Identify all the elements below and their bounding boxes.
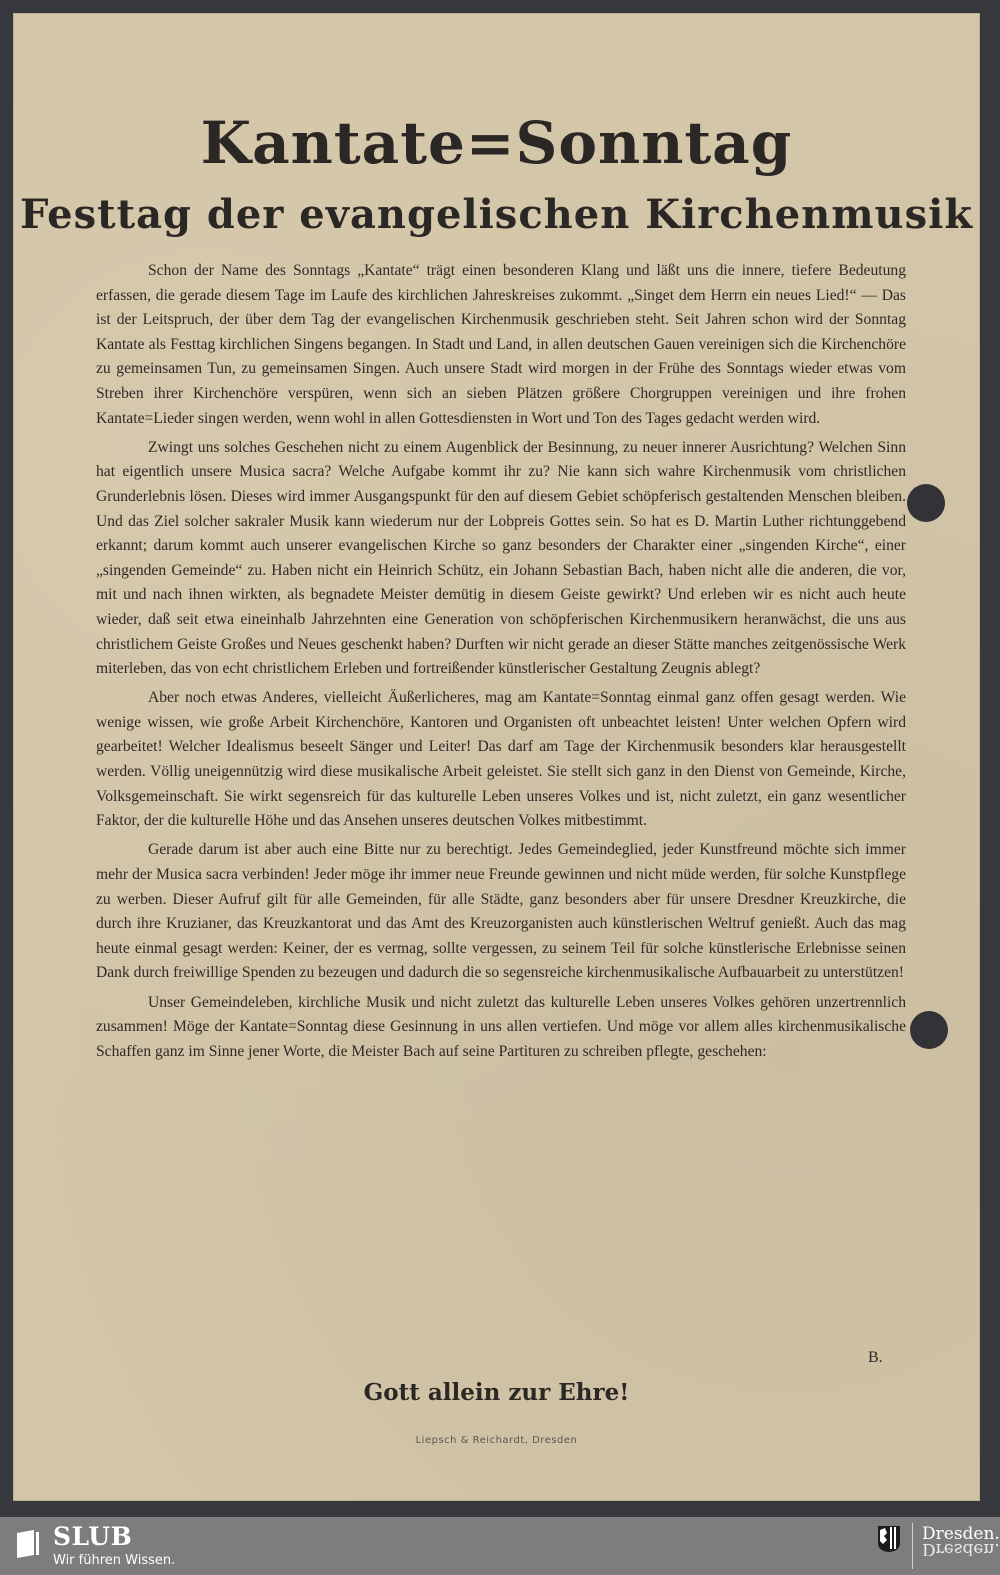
document-body: Schon der Name des Sonntags „Kantate“ tr…	[96, 259, 906, 1069]
punch-hole-icon	[910, 1011, 948, 1049]
paragraph: Schon der Name des Sonntags „Kantate“ tr…	[96, 259, 906, 431]
paragraph: Aber noch etwas Anderes, vielleicht Äuße…	[96, 686, 906, 834]
dresden-brand-reflection: Dresden.	[922, 1542, 1000, 1556]
footer-bar: SLUB Wir führen Wissen. Dresden. Dresden…	[0, 1517, 1000, 1575]
punch-hole-icon	[907, 484, 945, 522]
paragraph: Zwingt uns solches Geschehen nicht zu ei…	[96, 436, 906, 682]
paragraph: Unser Gemeindeleben, kirchliche Musik un…	[96, 991, 906, 1065]
dresden-crest-icon	[877, 1525, 901, 1553]
closing-line: Gott allein zur Ehre!	[13, 1379, 980, 1406]
signature: B.	[868, 1349, 883, 1367]
paragraph: Gerade darum ist aber auch eine Bitte nu…	[96, 838, 906, 986]
slub-tagline: Wir führen Wissen.	[53, 1553, 175, 1568]
slub-brand[interactable]: SLUB	[53, 1522, 132, 1551]
dresden-brand[interactable]: Dresden.	[922, 1524, 1000, 1544]
printer-imprint: Liepsch & Reichardt, Dresden	[13, 1435, 980, 1446]
document-subtitle: Festtag der evangelischen Kirchenmusik	[13, 191, 980, 238]
document-title: Kantate=Sonntag	[13, 109, 980, 177]
slub-book-icon	[14, 1529, 40, 1559]
document-page: Kantate=Sonntag Festtag der evangelische…	[13, 13, 980, 1501]
footer-divider	[912, 1523, 913, 1569]
